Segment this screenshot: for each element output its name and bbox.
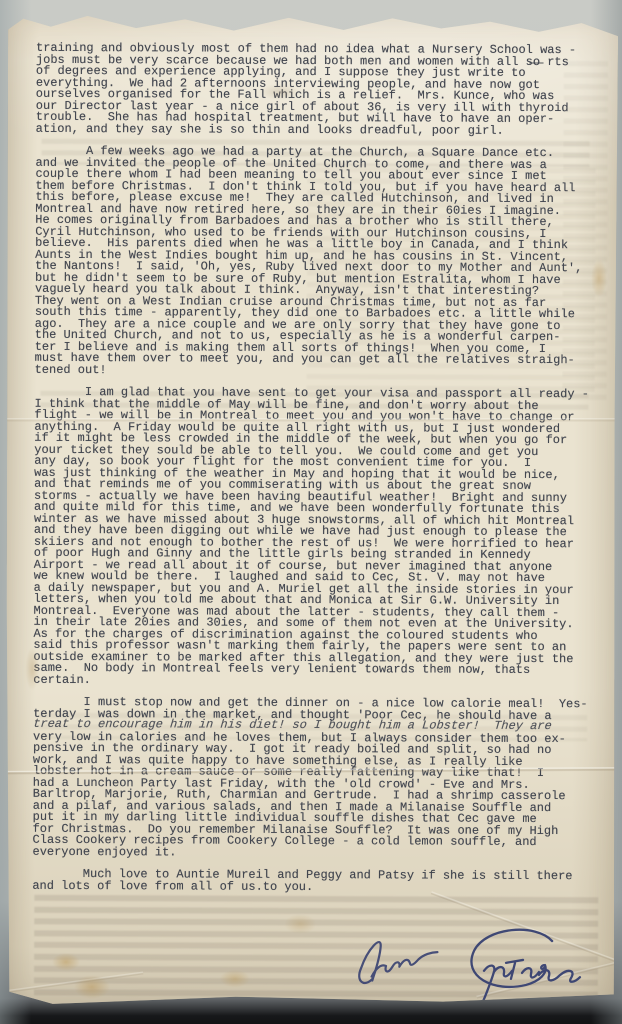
paragraph-training: training and obviously most of them had … (36, 43, 602, 137)
signature-cynthia-handwriting (424, 920, 594, 1024)
stain (220, 970, 250, 988)
text-line: same. No body in Montreal feels very len… (33, 663, 599, 677)
text-line: must have them over to meet you, and you… (35, 353, 601, 367)
fold-crease (0, 971, 143, 997)
letter-paper: training and obviously most of them had … (4, 11, 618, 1009)
showthrough-text (34, 895, 598, 999)
fold-crease (476, 951, 622, 999)
stain (74, 975, 110, 999)
signature-from-handwriting (336, 920, 455, 1000)
paragraph-visa-weather: I am glad that you have sent to get your… (33, 387, 600, 688)
letter-photo: training and obviously most of them had … (0, 0, 622, 1024)
paragraph-much-love: Much love to Auntie Mureil and Peggy and… (32, 869, 598, 894)
paragraph-church-party: A few weeks ago we had a party at the Ch… (35, 146, 602, 378)
stain (284, 914, 316, 934)
letter-body: training and obviously most of them had … (32, 43, 602, 905)
stain (52, 953, 80, 971)
text-line: treat to encourage him in his diet! so I… (33, 719, 600, 733)
paragraph-dinner-lobster: I must stop now and get the dinner on - … (32, 697, 599, 860)
